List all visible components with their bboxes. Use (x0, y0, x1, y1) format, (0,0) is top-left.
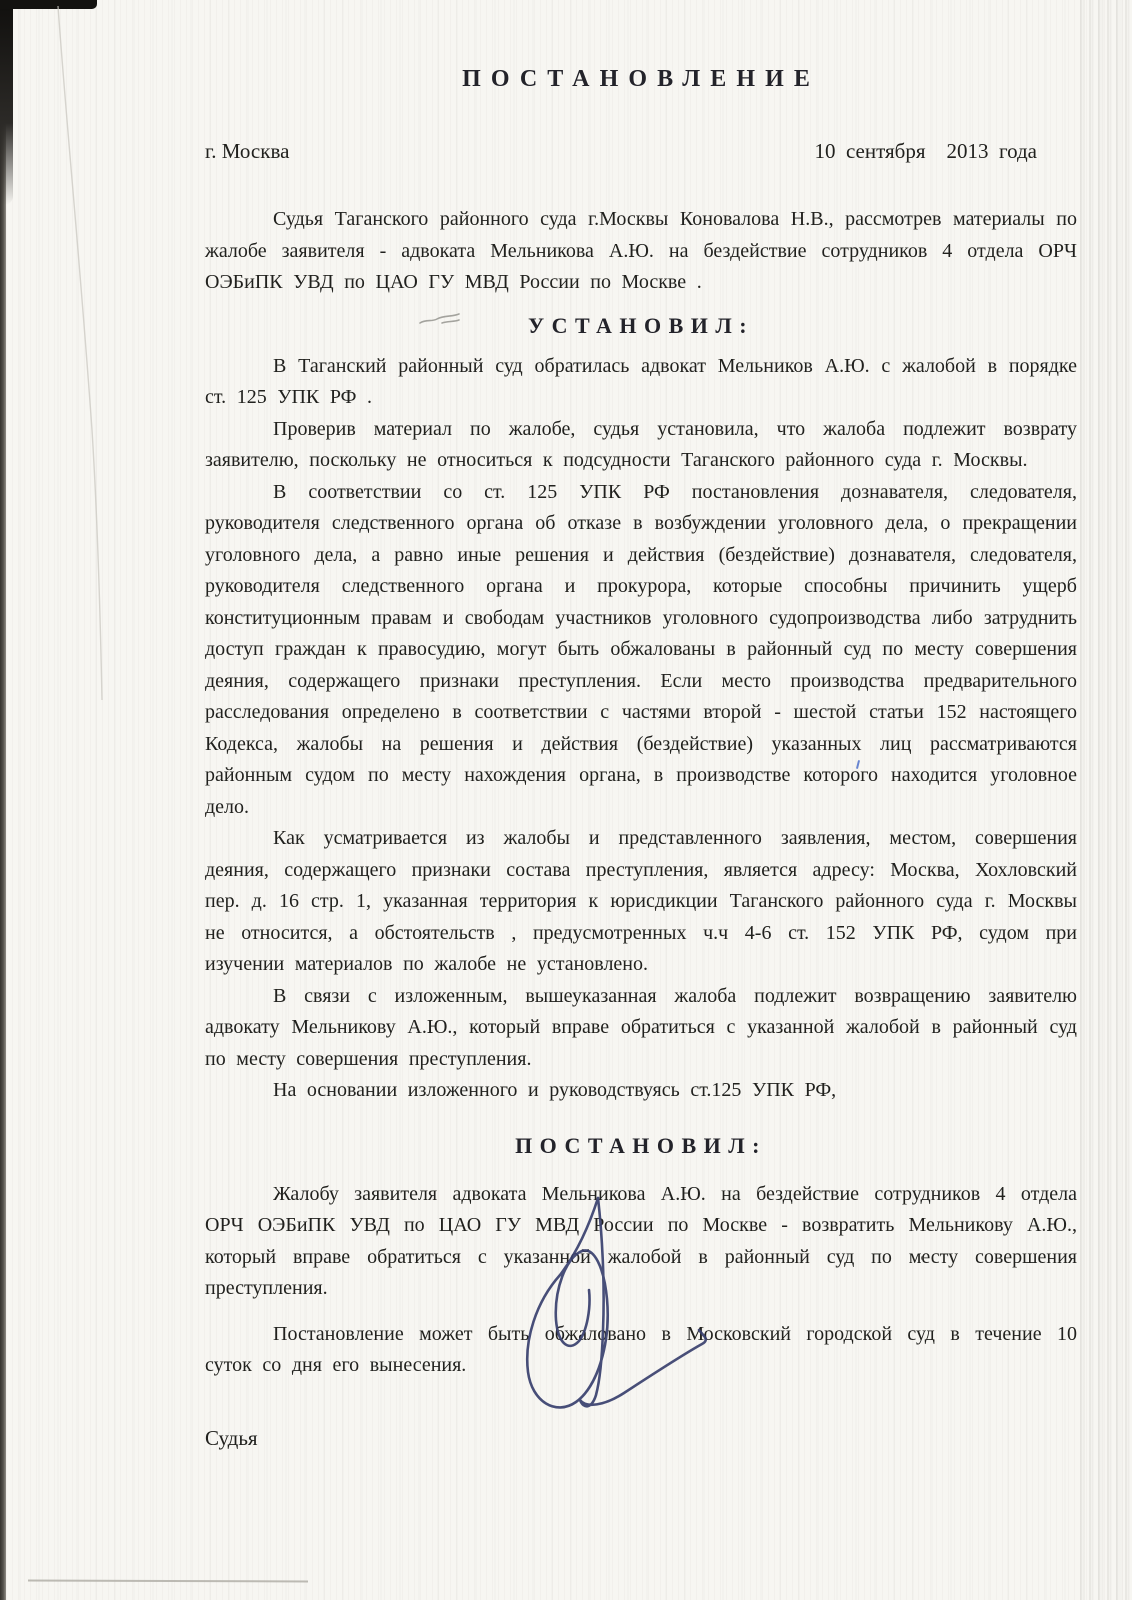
established-paragraph-4: Как усматривается из жалобы и представле… (205, 823, 1077, 981)
document-title: ПОСТАНОВЛЕНИЕ (205, 66, 1077, 93)
place-date-line: г. Москва 10 сентября 2013 года (205, 139, 1077, 164)
scanned-court-document: { "doc": { "title": "ПОСТАНОВЛЕНИЕ", "pl… (0, 0, 1132, 1600)
scan-noise-right-band (1080, 0, 1132, 1600)
established-paragraph-3: В соответствии со ст. 125 УПК РФ постано… (205, 477, 1077, 824)
established-heading: УСТАНОВИЛ: (205, 311, 1077, 341)
established-paragraph-2: Проверив материал по жалобе, судья устан… (205, 414, 1077, 477)
established-paragraph-6: На основании изложенного и руководствуяс… (205, 1075, 1077, 1107)
document-place: г. Москва (205, 139, 289, 164)
established-paragraph-5: В связи с изложенным, вышеуказанная жало… (205, 981, 1077, 1076)
scan-edge-left-strip (0, 0, 6, 1600)
appeal-paragraph: Постановление может быть обжаловано в Мо… (205, 1319, 1077, 1382)
scan-edge-left-upper-dark (0, 0, 13, 205)
document-content: ПОСТАНОВЛЕНИЕ г. Москва 10 сентября 2013… (205, 0, 1077, 1451)
resolved-paragraph-1: Жалобу заявителя адвоката Мельникова А.Ю… (205, 1179, 1077, 1305)
intro-paragraph: Судья Таганского районного суда г.Москвы… (205, 204, 1077, 299)
scan-edge-top-corner (0, 0, 97, 9)
resolved-heading: ПОСТАНОВИЛ: (205, 1131, 1077, 1161)
established-paragraph-1: В Таганский районный суд обратилась адво… (205, 351, 1077, 414)
document-date: 10 сентября 2013 года (814, 139, 1037, 164)
judge-signer-label: Судья (205, 1426, 1077, 1451)
stray-ink-dot (921, 1256, 924, 1260)
paper-bottom-edge-line (28, 1580, 308, 1583)
